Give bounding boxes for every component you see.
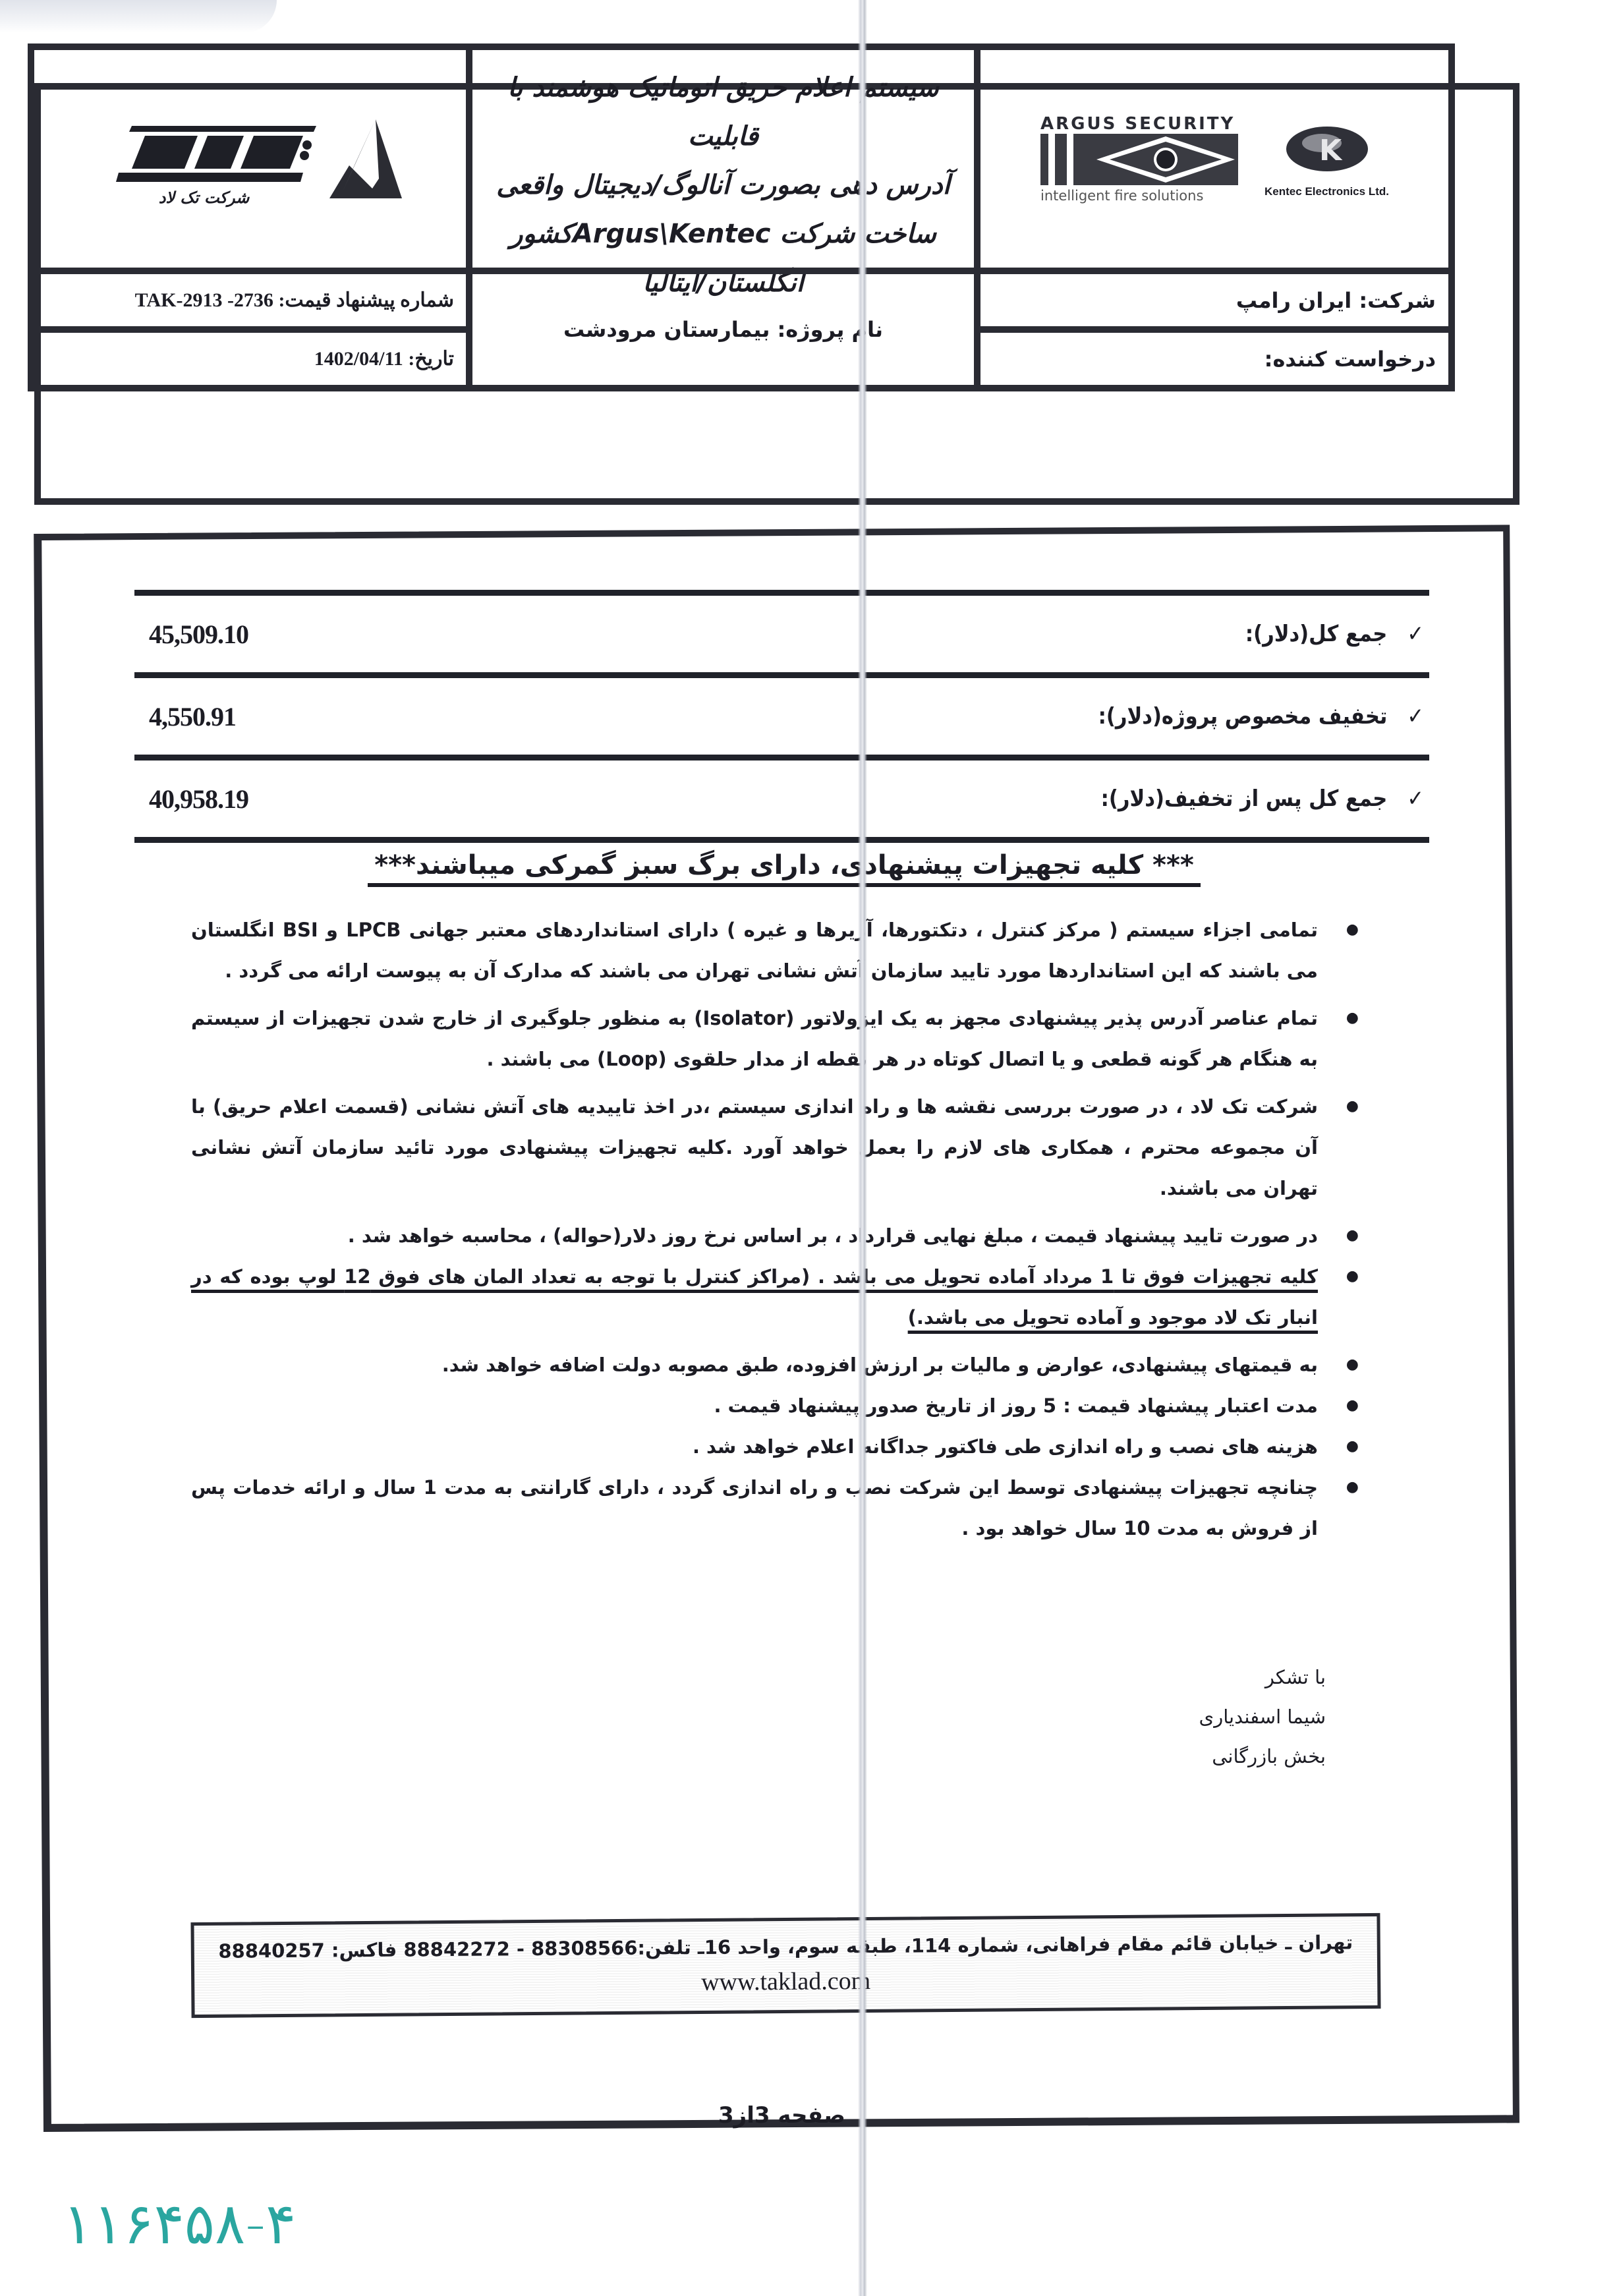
term-item: تمام عناصر آدرس پذیر پیشنهادی مجهز به یک… <box>191 998 1364 1079</box>
total-row-discount: 4,550.91 ✓ تخفیف مخصوص پروژه(دلار): <box>134 672 1429 755</box>
quote-date: تاریخ: 1402/04/11 <box>34 326 466 385</box>
argus-title: ARGUS SECURITY <box>1040 114 1235 134</box>
quote-number-label: شماره پیشنهاد قیمت: <box>278 289 454 312</box>
scan-artifact <box>0 0 277 33</box>
svg-text:K: K <box>1319 134 1343 167</box>
signature-block: با تشکر شیما اسفندیاری بخش بازرگانی <box>1199 1657 1326 1776</box>
total-row-net: 40,958.19 ✓ جمع کل پس از تخفیف(دلار): <box>134 755 1429 837</box>
date-label: تاریخ: <box>408 347 454 370</box>
term-item: شرکت تک لاد ، در صورت بررسی نقشه ها و را… <box>191 1086 1364 1209</box>
customs-notice-text: *** کلیه تجهیزات پیشنهادی، دارای برگ سبز… <box>368 850 1201 887</box>
company-label: شرکت: <box>1359 288 1436 313</box>
footer-contact: تهران ـ خیابان قائم مقام فراهانی، شماره … <box>190 1913 1380 2018</box>
check-icon: ✓ <box>1407 786 1424 812</box>
system-title-block: سیستم اعلام حریق اتوماتیک هوشمند با قابل… <box>472 50 980 385</box>
page-number: صفحه 3از3 <box>718 2102 845 2129</box>
title-line: سیستم اعلام حریق اتوماتیک هوشمند با قابل… <box>472 63 974 161</box>
customs-notice: *** کلیه تجهیزات پیشنهادی، دارای برگ سبز… <box>356 850 1212 880</box>
project-label: نام پروژه: <box>777 317 883 342</box>
term-item: چنانچه تجهیزات پیشنهادی توسط این شرکت نص… <box>191 1467 1364 1549</box>
check-icon: ✓ <box>1407 703 1424 730</box>
kentec-label: Kentec Electronics Ltd. <box>1264 185 1389 198</box>
customer-company: شرکت: ایران رامپ <box>980 274 1449 326</box>
company-value: ایران رامپ <box>1236 288 1351 313</box>
title-line: ساخت شرکت Argus\Kentecکشور <box>472 210 974 258</box>
discount-label: تخفیف مخصوص پروژه(دلار): <box>1098 703 1388 730</box>
customer-meta: شرکت: ایران رامپ درخواست کننده: <box>980 268 1449 385</box>
net-total-label: جمع کل پس از تخفیف(دلار): <box>1101 786 1388 812</box>
company-logo: شرکت تک لاد <box>34 50 472 268</box>
total-label: جمع کل(دلار): <box>1245 621 1387 647</box>
total-row-gross: 45,509.10 ✓ جمع کل(دلار): <box>134 590 1429 672</box>
kentec-logo: K Kentec Electronics Ltd. <box>1264 119 1389 198</box>
website-link[interactable]: www.taklad.com <box>194 1963 1377 2001</box>
date-value: 1402/04/11 <box>314 348 403 370</box>
quote-number: شماره پیشنهاد قیمت: TAK-2913 -2736 <box>34 274 466 326</box>
requester-label: درخواست کننده: <box>1264 347 1436 372</box>
system-title: سیستم اعلام حریق اتوماتیک هوشمند با قابل… <box>472 50 974 268</box>
argus-eye-icon <box>1040 134 1238 185</box>
argus-logo: ARGUS SECURITY intelligent fire solution… <box>1040 114 1238 204</box>
handwritten-note: ۱۱۶۴۵۸-۴ <box>63 2191 296 2257</box>
project-value: بیمارستان مرودشت <box>563 317 770 342</box>
footer-address: تهران ـ خیابان قائم مقام فراهانی، شماره … <box>194 1916 1377 1963</box>
header-table: شرکت تک لاد سیستم اعلام حریق اتوماتیک هو… <box>28 43 1455 391</box>
divider <box>134 837 1429 843</box>
check-icon: ✓ <box>1407 621 1424 647</box>
logo-subtitle: شرکت تک لاد <box>105 188 303 207</box>
discount-value: 4,550.91 <box>134 701 236 732</box>
term-item-delivery: کلیه تجهیزات فوق تا 1 مرداد آماده تحویل … <box>191 1256 1364 1338</box>
net-total-value: 40,958.19 <box>134 784 248 815</box>
term-item: مدت اعتبار پیشنهاد قیمت : 5 روز از تاریخ… <box>191 1385 1364 1426</box>
closing: با تشکر <box>1199 1657 1326 1697</box>
kentec-k-icon: K <box>1281 119 1373 179</box>
term-item: به قیمتهای پیشنهادی، عوارض و مالیات بر ا… <box>191 1344 1364 1385</box>
terms-list: تمامی اجزاء سیستم ( مرکز کنترل ، دتکتوره… <box>191 909 1364 1549</box>
title-line: آدرس دهی بصورت آنالوگ/دیجیتال واقعی <box>472 161 974 210</box>
taklad-logo-icon <box>105 123 323 188</box>
signer-department: بخش بازرگانی <box>1199 1736 1326 1776</box>
totals-table: 45,509.10 ✓ جمع کل(دلار): 4,550.91 ✓ تخف… <box>134 590 1429 843</box>
brand-logos: ARGUS SECURITY intelligent fire solution… <box>980 50 1449 268</box>
total-value: 45,509.10 <box>134 619 248 650</box>
quote-number-value: TAK-2913 -2736 <box>135 289 273 312</box>
term-item: تمامی اجزاء سیستم ( مرکز کنترل ، دتکتوره… <box>191 909 1364 991</box>
signer-name: شیما اسفندیاری <box>1199 1697 1326 1736</box>
quote-meta: شماره پیشنهاد قیمت: TAK-2913 -2736 تاریخ… <box>34 268 472 385</box>
term-item: هزینه های نصب و راه اندازی طی فاکتور جدا… <box>191 1426 1364 1467</box>
triangle-logo-icon <box>329 119 402 198</box>
term-item: در صورت تایید پیشنهاد قیمت ، مبلغ نهایی … <box>191 1215 1364 1256</box>
argus-tagline: intelligent fire solutions <box>1040 188 1203 204</box>
project-name: نام پروژه: بیمارستان مرودشت <box>472 268 974 385</box>
requester: درخواست کننده: <box>980 326 1449 385</box>
